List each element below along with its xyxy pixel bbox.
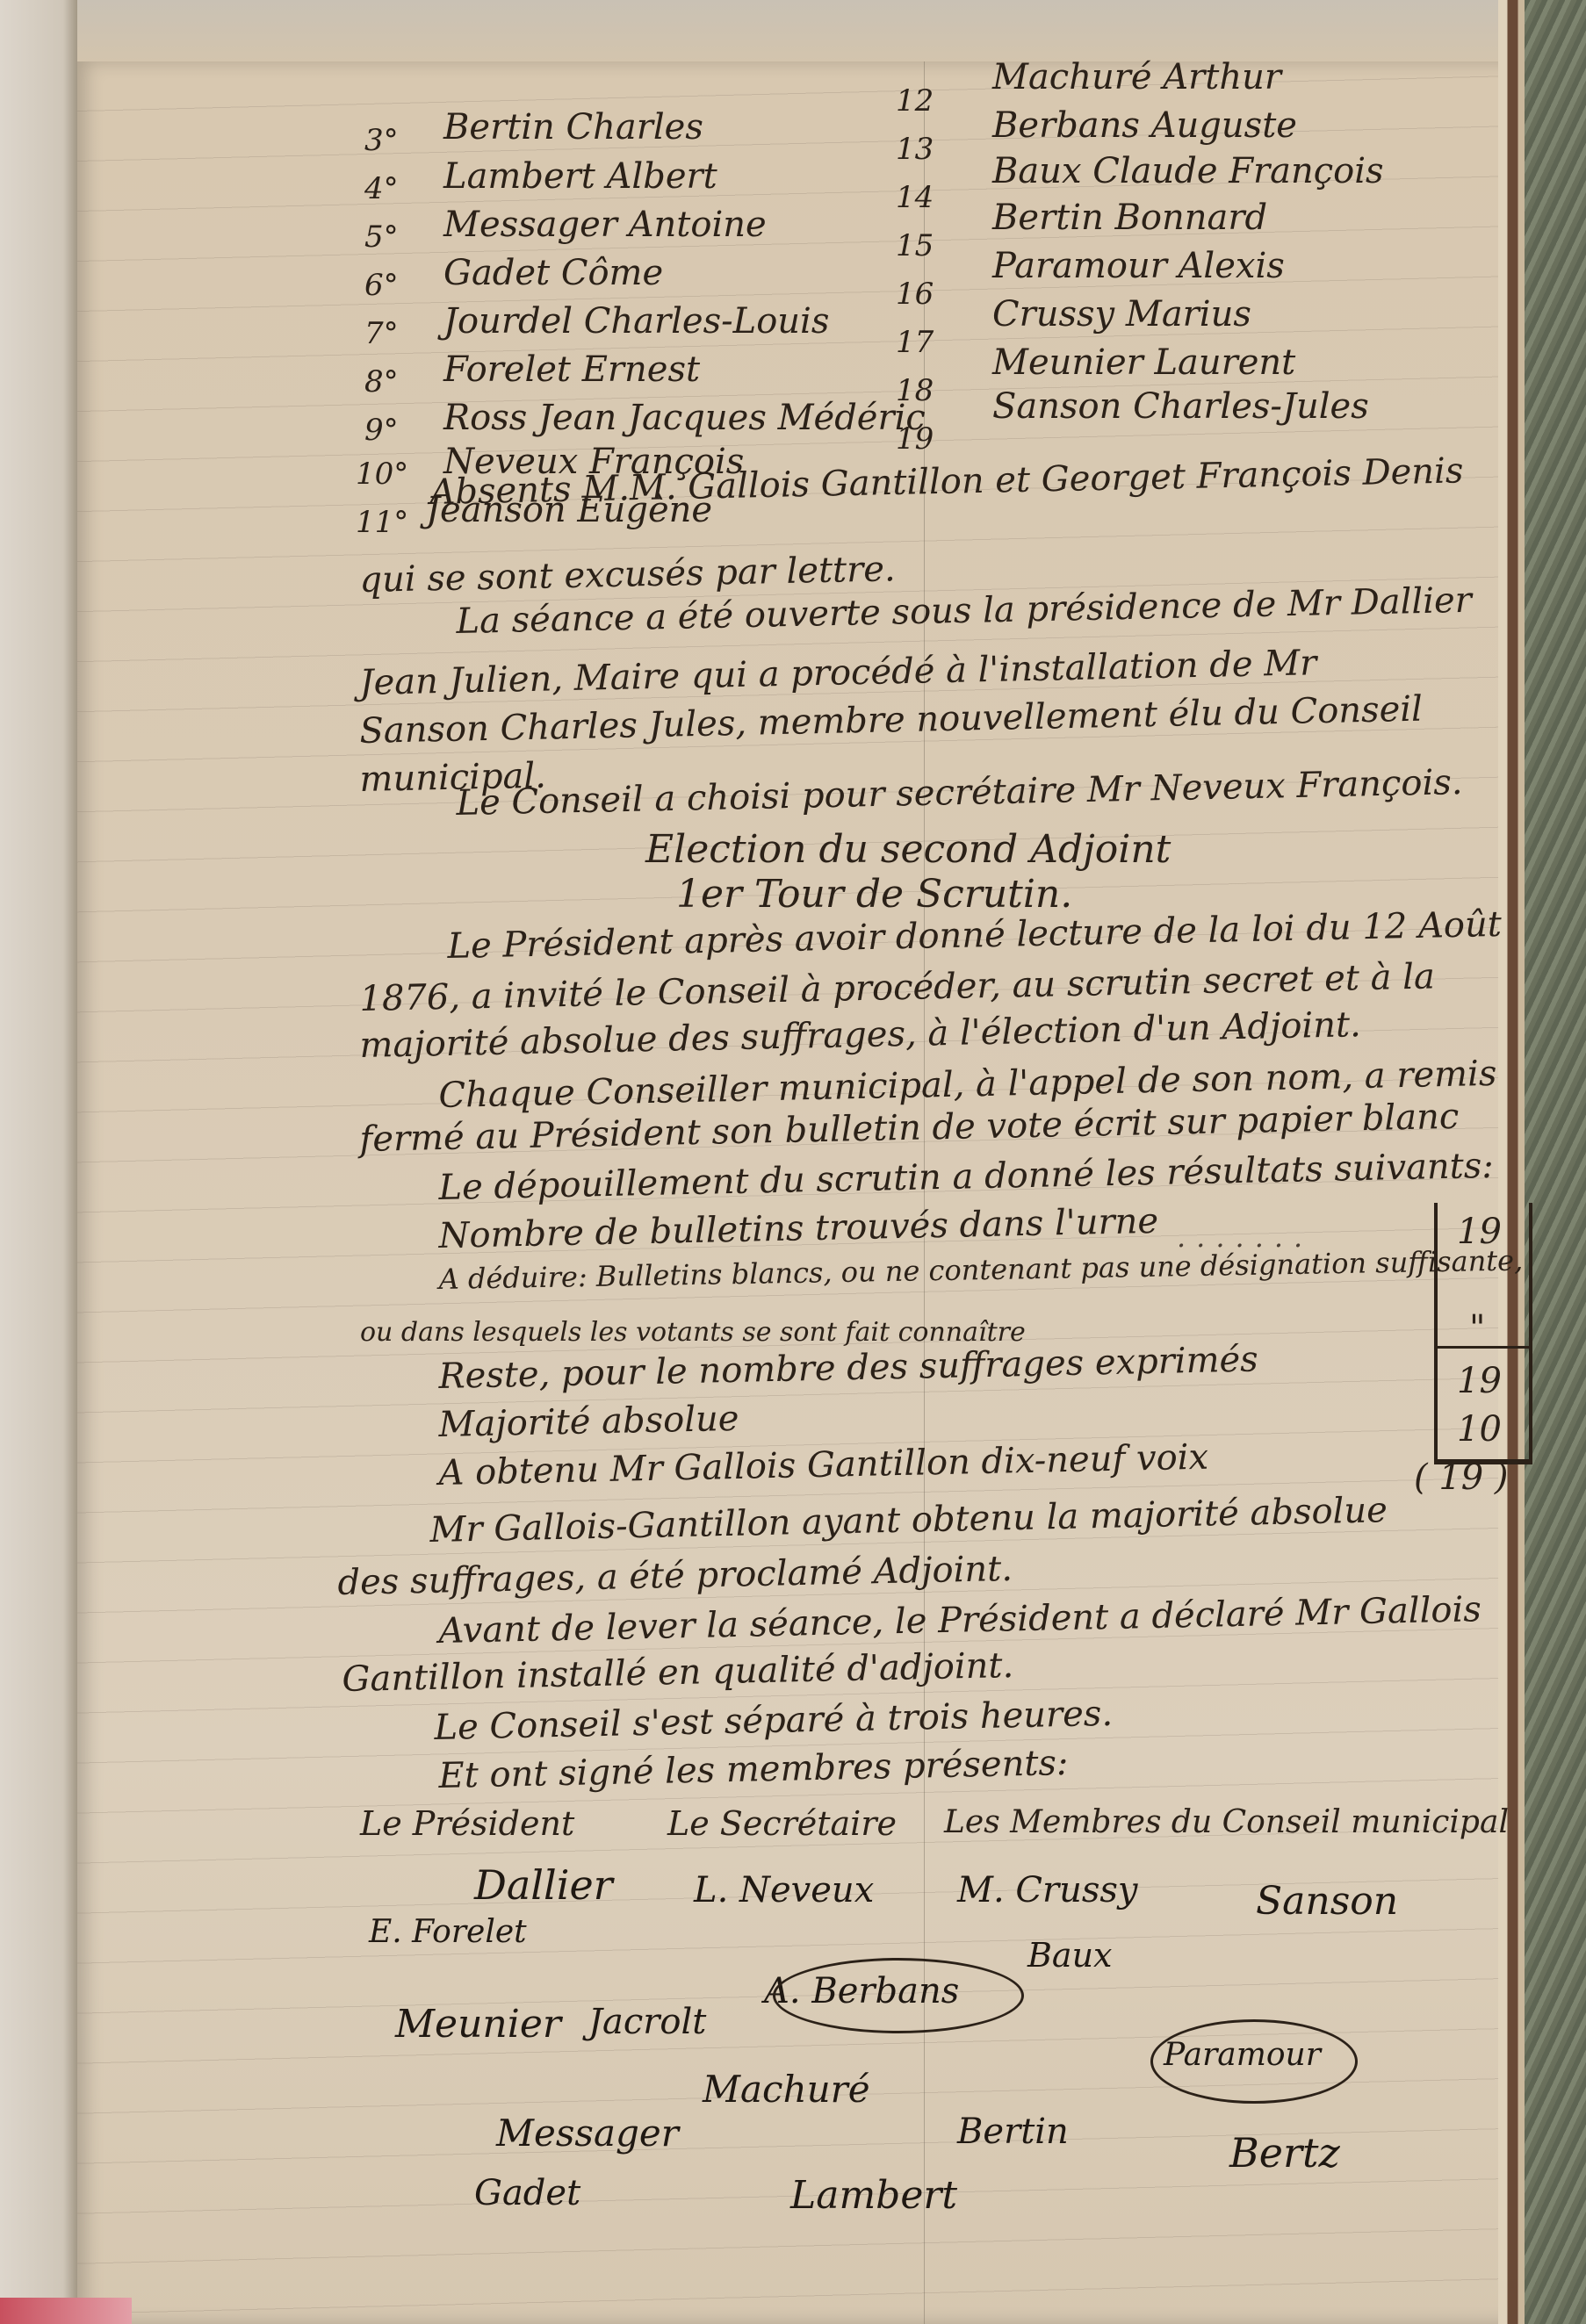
member-number: 9° <box>364 413 399 448</box>
member-number: 6° <box>364 268 399 303</box>
obtained-value: ( 19 ) <box>1414 1457 1509 1498</box>
signature: Sanson <box>1256 1879 1398 1924</box>
member-name: Lambert Albert <box>443 156 717 197</box>
member-number: 15 <box>896 228 934 263</box>
majority-label: Majorité absolue <box>438 1399 739 1445</box>
signature: Messager <box>496 2112 679 2155</box>
member-name: Ross Jean Jacques Médéric <box>443 398 926 438</box>
deduct-label-2: ou dans lesquels les votants se sont fai… <box>360 1317 1026 1348</box>
book-cover-corner <box>0 2298 132 2324</box>
member-name: Sanson Charles-Jules <box>992 386 1369 427</box>
section-title: Election du second Adjoint <box>645 827 1171 872</box>
member-number: 19 <box>896 421 934 457</box>
signature: Meunier <box>395 2002 561 2047</box>
member-number: 8° <box>364 364 399 399</box>
member-number: 14 <box>896 180 934 215</box>
signature: Baux <box>1027 1936 1112 1975</box>
signature: E. Forelet <box>369 1914 527 1950</box>
signature: Jacrolt <box>588 2002 706 2042</box>
signature: M. Crussy <box>957 1870 1138 1910</box>
member-name: Baux Claude François <box>992 151 1384 191</box>
member-name: Forelet Ernest <box>443 349 700 390</box>
signature-flourish <box>1150 2019 1358 2104</box>
member-number: 18 <box>896 373 934 408</box>
section-subtitle: 1er Tour de Scrutin. <box>676 872 1072 917</box>
member-number: 5° <box>364 219 399 255</box>
ballots-value: 19 <box>1457 1212 1502 1252</box>
signature: Lambert <box>790 2173 957 2218</box>
page-top-shadow <box>77 0 1525 61</box>
member-name: Meunier Laurent <box>992 342 1295 383</box>
signature: Gadet <box>474 2173 580 2213</box>
member-number: 7° <box>364 316 399 351</box>
member-name: Messager Antoine <box>443 205 767 245</box>
member-number: 17 <box>896 325 934 360</box>
member-number: 16 <box>896 277 934 312</box>
member-name: Paramour Alexis <box>992 246 1285 286</box>
vote-tally-box: 19 " 19 10 <box>1434 1203 1532 1464</box>
member-name: Gadet Côme <box>443 253 663 293</box>
member-name: Berbans Auguste <box>992 105 1297 146</box>
book-edge <box>1498 0 1525 2324</box>
secretary-header: Le Secrétaire <box>667 1804 897 1843</box>
member-name: Bertin Bonnard <box>992 198 1267 238</box>
signature: Dallier <box>474 1861 613 1909</box>
member-name: Crussy Marius <box>992 294 1251 335</box>
facing-page-edge <box>0 0 79 2324</box>
signature: Machuré <box>703 2068 870 2111</box>
member-number: 4° <box>364 171 399 206</box>
deduct-value: " <box>1469 1308 1485 1349</box>
member-number: 3° <box>364 123 399 158</box>
member-number: 11° <box>356 505 408 540</box>
signature-flourish <box>773 1958 1024 2033</box>
member-number: 12 <box>896 83 934 119</box>
signature: Bertin <box>957 2112 1069 2152</box>
member-name: Bertin Charles <box>443 107 703 147</box>
tally-divider <box>1438 1346 1529 1349</box>
signature: Bertz <box>1229 2129 1340 2177</box>
expressed-value: 19 <box>1457 1361 1502 1401</box>
president-header: Le Président <box>360 1804 574 1843</box>
member-name: Machuré Arthur <box>992 57 1281 97</box>
background-rug <box>1525 0 1586 2324</box>
member-number: 10° <box>356 457 408 492</box>
member-number: 13 <box>896 132 934 167</box>
member-name: Jourdel Charles-Louis <box>443 301 829 342</box>
majority-value: 10 <box>1457 1409 1502 1450</box>
members-header: Les Membres du Conseil municipal <box>944 1804 1509 1840</box>
signature: L. Neveux <box>694 1870 874 1910</box>
